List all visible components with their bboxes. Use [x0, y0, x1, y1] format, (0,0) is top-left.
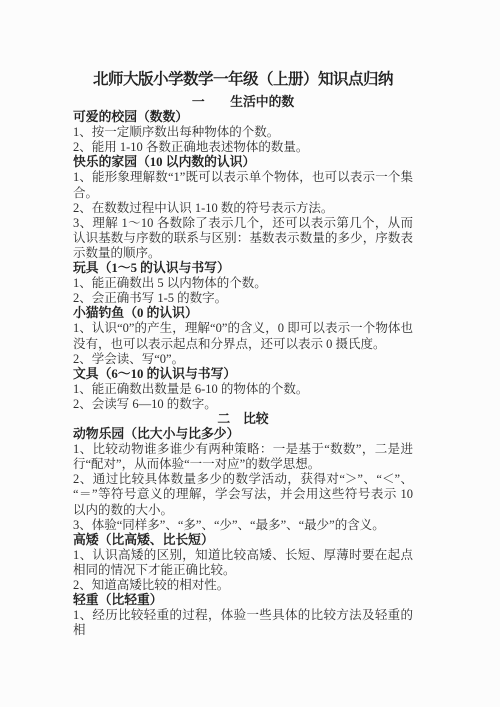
topic-item: 2、在数数过程中认识 1-10 数的符号表示方法。: [73, 201, 413, 216]
topic-item: 3、体验“同样多”、“多”、“少”、“最多”、“最少”的含义。: [73, 518, 413, 533]
section-heading-1: 一 生活中的数: [73, 95, 413, 110]
topic-item: 1、能形象理解数“1”既可以表示单个物体，也可以表示一个集合。: [73, 170, 413, 200]
topic-item: 1、能正确数出 5 以内物体的个数。: [73, 276, 413, 291]
topic-title-stationery: 文具（6～10 的认识与书写）: [73, 367, 413, 382]
topic-item: 2、会正确书写 1-5 的数字。: [73, 291, 413, 306]
document-page: 北师大版小学数学一年级（上册）知识点归纳 一 生活中的数 可爱的校园（数数） 1…: [0, 0, 500, 707]
topic-item: 1、能正确数出数量是 6-10 的物体的个数。: [73, 382, 413, 397]
topic-item: 2、能用 1-10 各数正确地表述物体的数量。: [73, 140, 413, 155]
topic-item: 3、理解 1～10 各数除了表示几个，还可以表示第几个，从而认识基数与序数的联系…: [73, 216, 413, 261]
topic-title-happy-home: 快乐的家园（10 以内数的认识）: [73, 155, 413, 170]
topic-title-toys: 玩具（1～5 的认识与书写）: [73, 261, 413, 276]
topic-title-kitten-fishing: 小猫钓鱼（0 的认识）: [73, 306, 413, 321]
topic-item: 1、比较动物谁多谁少有两种策略：一是基于“数数”，二是进行“配对”，从而体验“一…: [73, 442, 413, 472]
section-heading-2: 二 比较: [73, 412, 413, 427]
topic-title-tall-short: 高矮（比高矮、比长短）: [73, 533, 413, 548]
topic-title-light-heavy: 轻重（比轻重）: [73, 593, 413, 608]
topic-title-animal-park: 动物乐园（比大小与比多少）: [73, 427, 413, 442]
topic-item: 1、经历比较轻重的过程，体验一些具体的比较方法及轻重的相: [73, 608, 413, 638]
topic-item: 2、学会读、写“0”。: [73, 352, 413, 367]
topic-item: 1、认识高矮的区别，知道比较高矮、长短、厚薄时要在起点相同的情况下才能正确比较。: [73, 548, 413, 578]
topic-item: 2、会读写 6—10 的数字。: [73, 397, 413, 412]
document-title: 北师大版小学数学一年级（上册）知识点归纳: [73, 70, 413, 90]
topic-item: 2、知道高矮比较的相对性。: [73, 578, 413, 593]
topic-item: 2、通过比较具体数量多少的数学活动，获得对“＞”、“＜”、“＝”等符号意义的理解…: [73, 472, 413, 517]
topic-title-counting: 可爱的校园（数数）: [73, 110, 413, 125]
document-content: 北师大版小学数学一年级（上册）知识点归纳 一 生活中的数 可爱的校园（数数） 1…: [73, 70, 413, 638]
topic-item: 1、按一定顺序数出每种物体的个数。: [73, 125, 413, 140]
topic-item: 1、认识“0”的产生，理解“0”的含义，0 即可以表示一个物体也没有，也可以表示…: [73, 321, 413, 351]
